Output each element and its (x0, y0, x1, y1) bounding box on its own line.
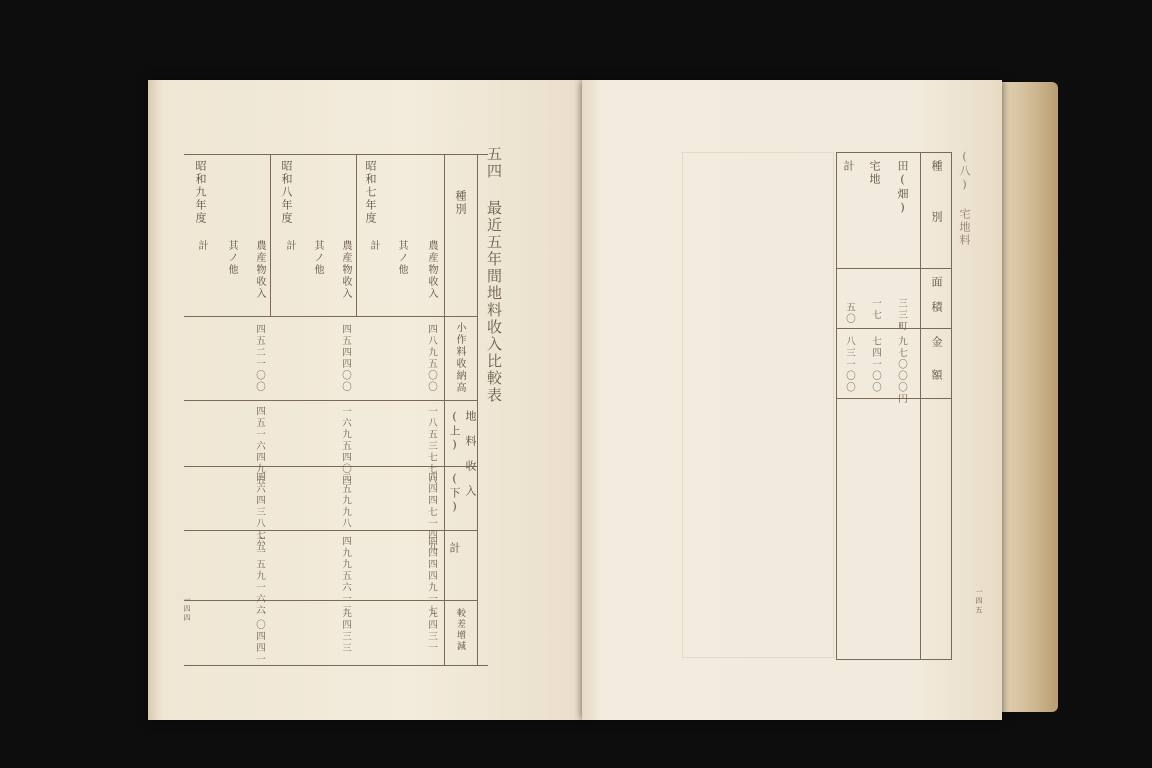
row-label: 農産物收入 (252, 240, 267, 300)
rule (836, 268, 952, 269)
right-page: (八) 宅地料 種別 面積 金額 田(畑) 宅地 計 三三町 一七 五〇 九七〇… (582, 80, 1002, 720)
open-book: 五四 最近五年間地料收入比較表 種別 小作料收納高 地料收入 (上) (下) 計… (148, 72, 1058, 722)
bleed-through (682, 152, 834, 658)
left-page: 五四 最近五年間地料收入比較表 種別 小作料收納高 地料收入 (上) (下) 計… (148, 80, 582, 720)
rule (184, 400, 478, 401)
table-frame (184, 154, 488, 666)
row-category: 計 (840, 160, 856, 173)
header-category: 種別 (928, 160, 944, 262)
header-amount: 金額 (928, 336, 944, 402)
area-value: 一七 (868, 298, 882, 321)
total-value: 四四四四九一七 (424, 536, 438, 617)
row-label: 計 (366, 240, 381, 252)
tenant-fee-value: 四五二一〇〇 (252, 324, 266, 393)
lower-value: 二五九九八 (338, 472, 352, 530)
row-category: 宅地 (866, 160, 882, 186)
rule (920, 152, 921, 660)
rule (356, 154, 357, 316)
difference-value: 一〇四四一 (252, 608, 266, 666)
page-number: 一四四 (182, 596, 192, 623)
row-label: 其ノ他 (224, 240, 239, 276)
area-value: 五〇 (842, 302, 856, 325)
tenant-fee-value: 四八九五〇〇 (424, 324, 438, 393)
row-label: 其ノ他 (310, 240, 325, 276)
area-value: 三三町 (894, 298, 908, 333)
amount-value: 八三一〇〇 (842, 336, 856, 394)
header-upper: (上) (446, 410, 462, 453)
row-label: 計 (282, 240, 297, 252)
rule (184, 316, 478, 317)
row-label: 農産物收入 (338, 240, 353, 300)
header-difference: 較差增減 (454, 608, 467, 652)
header-total: 計 (446, 542, 462, 555)
book-page-edges (1002, 82, 1058, 712)
header-lower: (下) (446, 472, 462, 515)
tenant-fee-value: 四五四四〇〇 (338, 324, 352, 393)
section-title: (八) 宅地料 (956, 150, 972, 247)
difference-value: 九四三三 (338, 608, 352, 654)
year-label: 昭和八年度 (278, 160, 294, 225)
difference-value: 九四三一 (424, 608, 438, 654)
row-label: 計 (194, 240, 209, 252)
row-label: 農産物收入 (424, 240, 439, 300)
rule (270, 154, 271, 316)
amount-value: 九七〇〇〇円 (894, 336, 908, 405)
total-value: 四九九五六一三 (338, 536, 352, 617)
header-area: 面積 (928, 276, 944, 326)
year-label: 昭和七年度 (362, 160, 378, 225)
row-category: 田(畑) (894, 160, 910, 216)
year-label: 昭和九年度 (192, 160, 208, 225)
page-number: 一四五 (974, 588, 984, 615)
header-category: 種別 (452, 190, 468, 216)
header-land-income: 地料收入 (462, 410, 478, 510)
total-value: 六一五九一六六 (252, 536, 266, 617)
header-tenant-fee: 小作料收納高 (452, 322, 467, 394)
amount-value: 七四一〇〇 (868, 336, 882, 394)
row-label: 其ノ他 (394, 240, 409, 276)
